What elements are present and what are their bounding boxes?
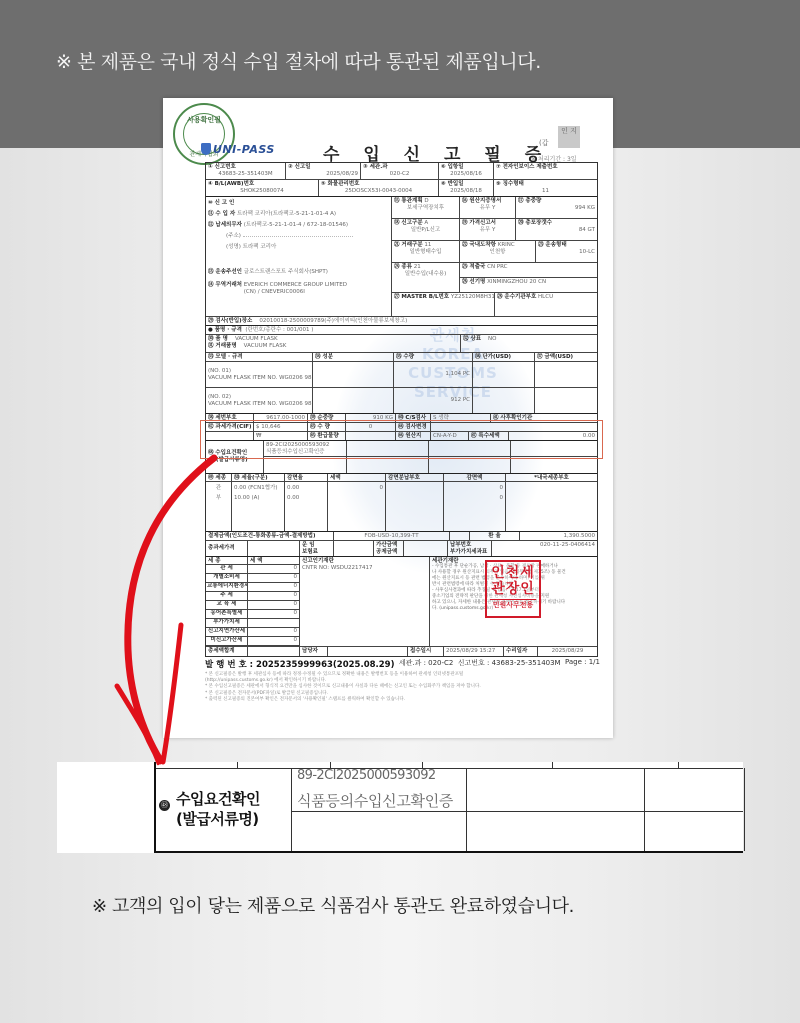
field-taxpayer: ⑫ 납세의무자 (트라팩코-5-21-1-01-4 / 672-18-01546…: [208, 222, 389, 233]
field-carry-in-date: ⑧ 반입일2025/08/18: [439, 180, 494, 196]
clearance-info-block: ⑮ 통관계획 D보세구역장치후 ⑯ 원산지증명서유무 Y ⑰ 총중량994 KG…: [392, 197, 597, 316]
item-number-icon: ㊽: [159, 800, 170, 811]
requirement-code: 89-2CI2025000593092: [297, 768, 436, 783]
footer-row: 총세액합계 담당자 접수일시 2025/08/29 15:27 수리일자 202…: [206, 647, 597, 656]
tax-summary-row: 교 육 세0: [206, 601, 299, 610]
field-collection-type: ⑨ 징수형태11: [494, 180, 597, 196]
field-brand: ㉜ 상표 NO: [461, 335, 597, 352]
tax-summary-row: 미신고가산세0: [206, 637, 299, 646]
tax-summary-row: 관 세0: [206, 565, 299, 574]
field-importer: ⑪ 수 입 자 트라팩 코리아(트라팩코-5-21-1-01-4 A): [208, 211, 389, 222]
customs-official-stamp-icon: 인천세 관장인 민원사무전용: [485, 560, 541, 618]
tax-summary-row: 개별소비세0: [206, 574, 299, 583]
field-address: (주소): [208, 233, 389, 244]
document-notes: * 본 신고필증은 발행 후 세관심사 등에 따라 정정·수정될 수 있으므로 …: [205, 672, 600, 703]
field-inspection-place: ㉙ 검사(반입)장소 02010018-2500009789(주)에이씨티(인천…: [206, 317, 597, 325]
field-product-name: ㉚ 품 명 VACUUM FLASK ㉛ 거래품명 VACUUM FLASK: [206, 335, 461, 352]
field-declarant: ⑩ 신 고 인: [208, 200, 389, 211]
field-declaration-no: ① 신고번호43683-25-351403M: [206, 163, 286, 179]
field-arrival-date: ⑥ 입항일2025/08/16: [439, 163, 494, 179]
item-row: (NO. 02)VACUUM FLASK ITEM NO. WG0206 98 …: [206, 388, 597, 414]
tax-summary-row: 주 세0: [206, 592, 299, 601]
field-e-invoice-no: ⑦ 전자인보이스 제출번호: [494, 163, 597, 179]
item-row: (NO. 01)VACUUM FLASK ITEM NO. WG0206 98 …: [206, 362, 597, 388]
field-bl-number: ④ B/L(AWB)번호SHOK25080074: [206, 180, 319, 196]
requirement-highlight-box: [200, 420, 603, 459]
settlement-row: 결제금액(인도조건-통화종류-금액-결제방법) FOB-USD-10,399-T…: [206, 532, 597, 541]
unipass-logo: UNI-PASS: [201, 143, 275, 156]
requirement-label: 수입요건확인 (발급서류명): [176, 789, 260, 829]
tax-rows: 관부 0.00 (FCN1협가)10.00 (A) 0.000.00 0 00: [206, 482, 597, 532]
parties-block: ⑩ 신 고 인 ⑪ 수 입 자 트라팩 코리아(트라팩코-5-21-1-01-4…: [206, 197, 392, 316]
tax-summary-table: 세 종세 액 관 세0개별소비세0교통에너지환경세0주 세0교 육 세0농어촌특…: [206, 557, 300, 646]
stamp-label: (갑: [539, 138, 549, 148]
tax-columns-header: ㊾ 세종 ㊿ 세율(구분) 감면율 세액 감면분납부호 감면액 *내국세종부호: [206, 474, 597, 482]
tax-summary-row: 부가가치세: [206, 619, 299, 628]
revenue-stamp-icon: 인 지: [558, 126, 580, 148]
tax-summary-row: 농어촌특별세0: [206, 610, 299, 619]
tax-summary-row: 신고지연가산세0: [206, 628, 299, 637]
requirement-zoom-strip: ㊽ 수입요건확인 (발급서류명) 89-2CI2025000593092 식품등…: [57, 762, 743, 853]
field-name: (성명) 트라팩 코리아: [208, 244, 389, 255]
requirement-zoom-table: ㊽ 수입요건확인 (발급서류명) 89-2CI2025000593092 식품등…: [154, 762, 743, 853]
field-customs-office: ③ 세관.과020-C2: [361, 163, 439, 179]
item-columns-header: ㉝ 모델 · 규격 ㉞ 성분 ㉟ 수량 ㊱ 단가(USD) ㊲ 금액(USD): [206, 353, 597, 362]
issue-number-line: 발 행 번 호 : 2025235999963(2025.08.29) 세관.과…: [205, 658, 600, 670]
taxable-price-row: 총과세가격 운 임보험료 가산금액공제금액 납부번호부가가치세과표 020-11…: [206, 541, 597, 557]
field-cargo-mgmt-no: ⑤ 화물관리번호25DOSCX53I-0043-0004: [319, 180, 439, 196]
field-declaration-date: ② 신고일2025/08/29: [286, 163, 361, 179]
item-header: ● 품명 · 규격 (란번호/총란수 : 001/001 ): [206, 326, 597, 334]
field-trading-partner: ⑭ 무역거래처 EVERICH COMMERCE GROUP LIMITED (…: [208, 282, 389, 300]
food-inspection-caption: ※ 고객의 입이 닿는 제품으로 식품검사 통관도 완료하였습니다.: [92, 892, 574, 918]
field-forwarder: ⑬ 운송주선인 글로스트랜스포트 주식회사(SHPT): [208, 269, 389, 282]
customs-notice-caption: ※ 본 제품은 국내 정식 수입 절차에 따라 통관된 제품입니다.: [56, 47, 541, 74]
shield-icon: [201, 143, 211, 155]
requirement-document-name: 식품등의수입신고확인증: [297, 790, 453, 811]
tax-summary-row: 교통에너지환경세0: [206, 583, 299, 592]
import-declaration-document: 관세청 KOREA CUSTOMS SERVICE 사용확인필 관세사협회 UN…: [163, 98, 613, 738]
declarant-note: 신고인기재란CNTR NO: WSDU2217417: [300, 557, 430, 646]
